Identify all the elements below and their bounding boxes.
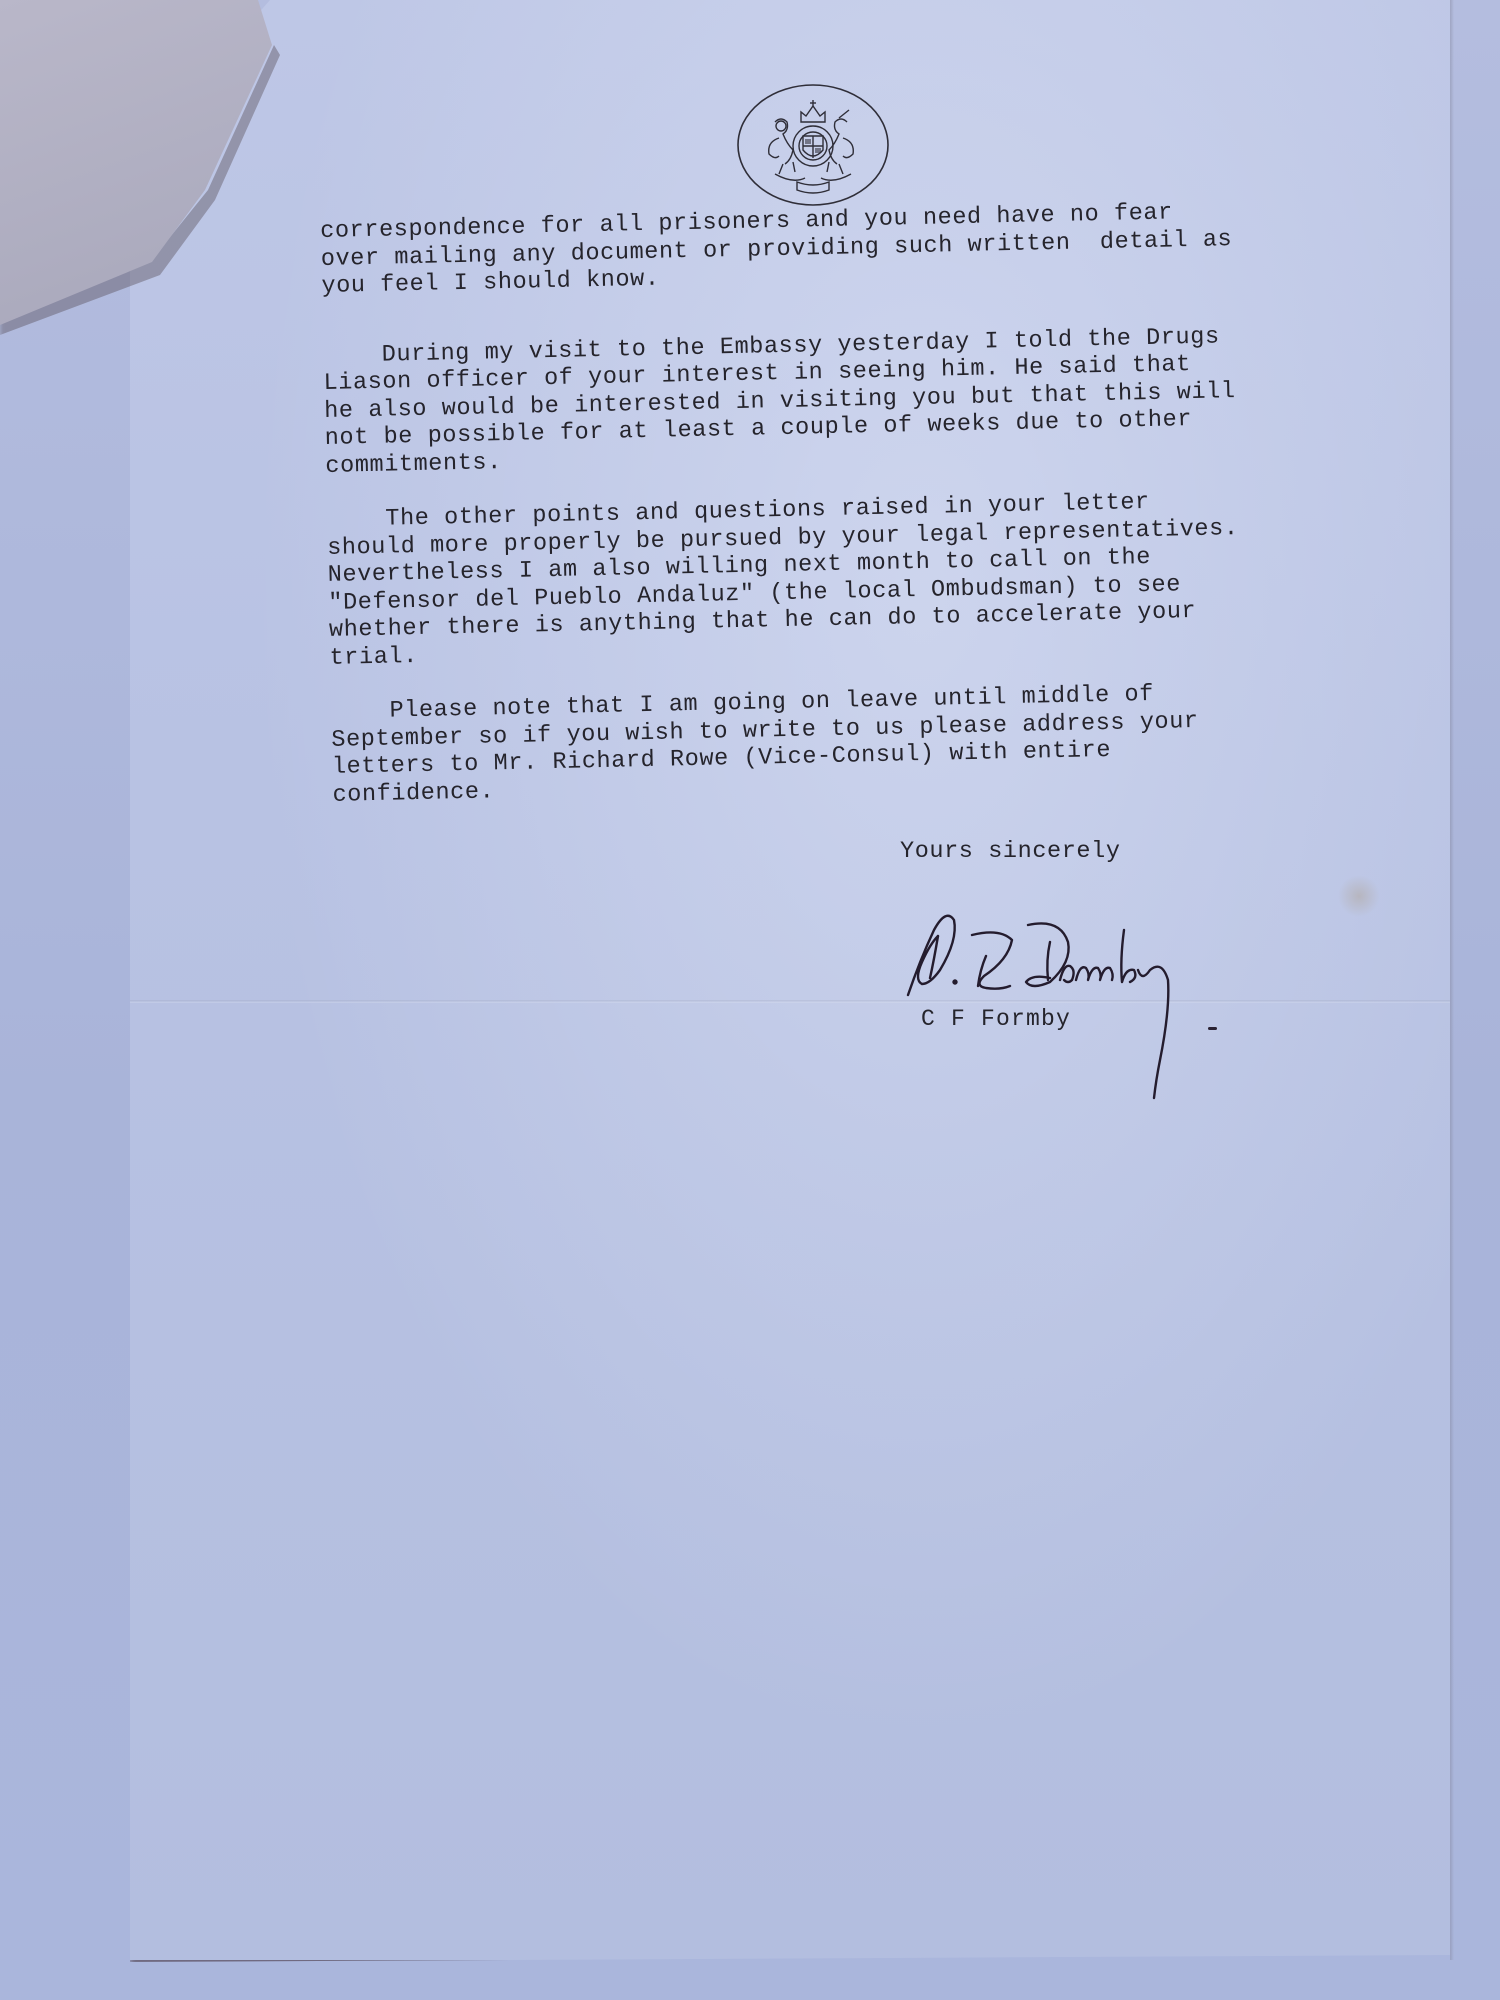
closing-salutation: Yours sincerely bbox=[900, 838, 1121, 865]
text-line: commitments. bbox=[325, 449, 502, 480]
handwritten-signature bbox=[900, 900, 1230, 1110]
paragraph: During my visit to the Embassy yesterday… bbox=[323, 320, 1366, 480]
paper-fold-line bbox=[130, 1000, 1450, 1003]
ink-mark bbox=[1208, 1027, 1217, 1030]
signatory-name: C F Formby bbox=[921, 1006, 1071, 1032]
paragraph: Please note that I am going on leave unt… bbox=[330, 676, 1372, 809]
paragraph: The other points and questions raised in… bbox=[326, 484, 1369, 672]
text-line: trial. bbox=[329, 642, 418, 671]
letter-body: correspondence for all prisoners and you… bbox=[320, 195, 1373, 809]
paper-stain bbox=[1338, 875, 1380, 917]
royal-coat-of-arms-icon bbox=[735, 82, 891, 208]
sheet-edge bbox=[1450, 0, 1454, 1960]
text-line: confidence. bbox=[332, 778, 494, 809]
